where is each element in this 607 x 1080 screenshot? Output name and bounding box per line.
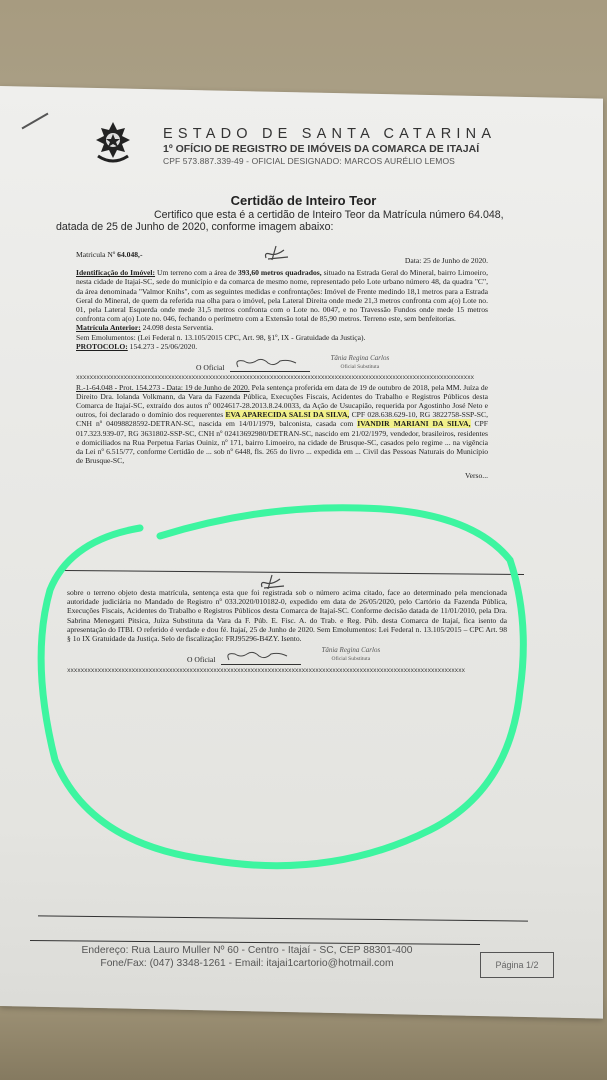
signature-block-2: O Oficial Tânia Regina CarlosOficial Sub… [187, 646, 507, 664]
office-name: 1º OFÍCIO DE REGISTRO DE IMÓVEIS DA COMA… [163, 143, 496, 155]
identificacao-paragraph: Identificação do Imóvel: Um terreno com … [76, 268, 488, 323]
highlight-name-2: IVANDIR MARIANI DA SILVA, [357, 419, 470, 428]
document-title: Certidão de Inteiro Teor [0, 193, 607, 208]
signature-icon-2 [221, 652, 301, 665]
registro-paragraph: R.-1-64.048 - Prot. 154.273 - Data: 19 d… [76, 383, 488, 466]
officer-line: CPF 573.887.339-49 - OFICIAL DESIGNADO: … [163, 156, 496, 166]
letterhead: ESTADO DE SANTA CATARINA 1º OFÍCIO DE RE… [163, 126, 496, 166]
highlight-name-1: EVA APARECIDA SALSI DA SILVA, [225, 410, 349, 419]
footer-contact: Fone/Fax: (047) 3348-1261 - Email: itaja… [62, 957, 432, 970]
matricula-anterior: Matrícula Anterior: 24.098 desta Servent… [76, 323, 488, 332]
emolumentos: Sem Emolumentos: (Lei Federal n. 13.105/… [76, 333, 488, 342]
signature-icon [230, 359, 310, 372]
state-name: ESTADO DE SANTA CATARINA [163, 126, 496, 142]
certification-text: Certifico que esta é a certidão de Intei… [56, 209, 556, 233]
footer: Endereço: Rua Lauro Muller Nº 60 - Centr… [62, 944, 432, 970]
protocolo: PROTOCOLO: 154.273 - 25/06/2020. [76, 342, 488, 351]
footer-address: Endereço: Rua Lauro Muller Nº 60 - Centr… [62, 944, 432, 957]
coat-of-arms-icon [92, 120, 134, 166]
separator-line: xxxxxxxxxxxxxxxxxxxxxxxxxxxxxxxxxxxxxxxx… [76, 373, 488, 382]
signature-block-1: O Oficial Tânia Regina CarlosOficial Sub… [196, 354, 488, 372]
separator-line-2: xxxxxxxxxxxxxxxxxxxxxxxxxxxxxxxxxxxxxxxx… [67, 666, 507, 675]
matricula-number: 64.048,- [117, 250, 142, 259]
matricula-section: Matricula Nº 64.048,- Data: 25 de Junho … [76, 250, 488, 481]
matricula-date: Data: 25 de Junho de 2020. [405, 256, 488, 265]
page-number: Página 1/2 [480, 952, 554, 978]
continuation-section: sobre o terreno objeto desta matrícula, … [67, 588, 507, 675]
continuation-paragraph: sobre o terreno objeto desta matrícula, … [67, 588, 507, 643]
verso-label: Verso... [76, 471, 488, 480]
